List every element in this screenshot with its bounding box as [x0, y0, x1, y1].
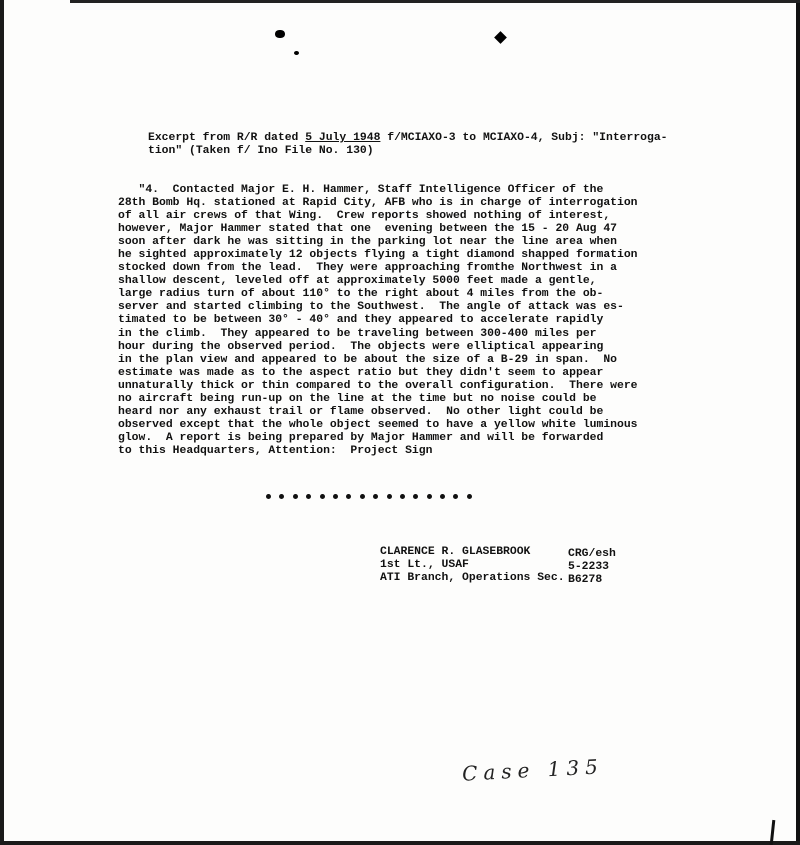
body-line: heard nor any exhaust trail or flame obs… [118, 406, 603, 418]
scan-border-top [70, 0, 800, 3]
document-page: Excerpt from R/R dated 5 July 1948 f/MCI… [0, 0, 800, 845]
header-date: 5 July 1948 [305, 132, 380, 144]
separator-dot [387, 494, 392, 499]
separator-dot [440, 494, 445, 499]
body-line: "4. Contacted Major E. H. Hammer, Staff … [118, 184, 603, 196]
handwritten-case-note: Case 135 [461, 754, 604, 785]
separator-dot [360, 494, 365, 499]
separator-dot [333, 494, 338, 499]
header-prefix: Excerpt from R/R dated [148, 132, 305, 144]
body-line: timated to be between 30° - 40° and they… [118, 314, 603, 326]
punch-hole-mark-left [275, 30, 285, 38]
scan-border-right [796, 0, 800, 845]
header-suffix: f/MCIAXO-3 to MCIAXO-4, Subj: "Interroga… [380, 132, 667, 144]
separator-dot [320, 494, 325, 499]
body-line: server and started climbing to the South… [118, 301, 624, 313]
body-line: in the plan view and appeared to be abou… [118, 354, 617, 366]
body-line: of all air crews of that Wing. Crew repo… [118, 210, 610, 222]
scan-border-left [0, 0, 4, 845]
reference-initials: CRG/esh [568, 548, 616, 560]
separator-dot [306, 494, 311, 499]
separator-dot [467, 494, 472, 499]
body-line: however, Major Hammer stated that one ev… [118, 223, 617, 235]
body-line: to this Headquarters, Attention: Project… [118, 445, 432, 457]
body-line: estimate was made as to the aspect ratio… [118, 367, 603, 379]
reference-block: CRG/esh 5-2233 B6278 [568, 548, 616, 587]
body-line: large radius turn of about 110° to the r… [118, 288, 603, 300]
ink-speck [294, 51, 299, 55]
separator-dot [293, 494, 298, 499]
body-line: unnaturally thick or thin compared to th… [118, 380, 638, 392]
signature-block: CLARENCE R. GLASEBROOK 1st Lt., USAF ATI… [380, 546, 565, 585]
excerpt-header: Excerpt from R/R dated 5 July 1948 f/MCI… [148, 132, 668, 158]
section-separator [266, 494, 472, 499]
body-line: no aircraft being run-up on the line at … [118, 393, 597, 405]
body-line: 28th Bomb Hq. stationed at Rapid City, A… [118, 197, 638, 209]
body-line: soon after dark he was sitting in the pa… [118, 236, 617, 248]
signature-rank: 1st Lt., USAF [380, 559, 469, 571]
separator-dot [400, 494, 405, 499]
signature-name: CLARENCE R. GLASEBROOK [380, 546, 530, 558]
punch-hole-mark-right [494, 31, 507, 44]
body-paragraph: "4. Contacted Major E. H. Hammer, Staff … [118, 184, 638, 458]
body-line: glow. A report is being prepared by Majo… [118, 432, 603, 444]
reference-code: B6278 [568, 574, 602, 586]
separator-dot [266, 494, 271, 499]
body-line: in the climb. They appeared to be travel… [118, 328, 597, 340]
body-line: shallow descent, leveled off at approxim… [118, 275, 597, 287]
separator-dot [413, 494, 418, 499]
reference-phone: 5-2233 [568, 561, 609, 573]
separator-dot [279, 494, 284, 499]
body-line: hour during the observed period. The obj… [118, 341, 603, 353]
body-line: stocked down from the lead. They were ap… [118, 262, 617, 274]
separator-dot [346, 494, 351, 499]
separator-dot [427, 494, 432, 499]
signature-unit: ATI Branch, Operations Sec. [380, 572, 565, 584]
header-line-2: tion" (Taken f/ Ino File No. 130) [148, 145, 374, 157]
body-line: he sighted approximately 12 objects flyi… [118, 249, 638, 261]
separator-dot [373, 494, 378, 499]
body-line: observed except that the whole object se… [118, 419, 638, 431]
scan-border-bottom [0, 841, 800, 845]
separator-dot [453, 494, 458, 499]
